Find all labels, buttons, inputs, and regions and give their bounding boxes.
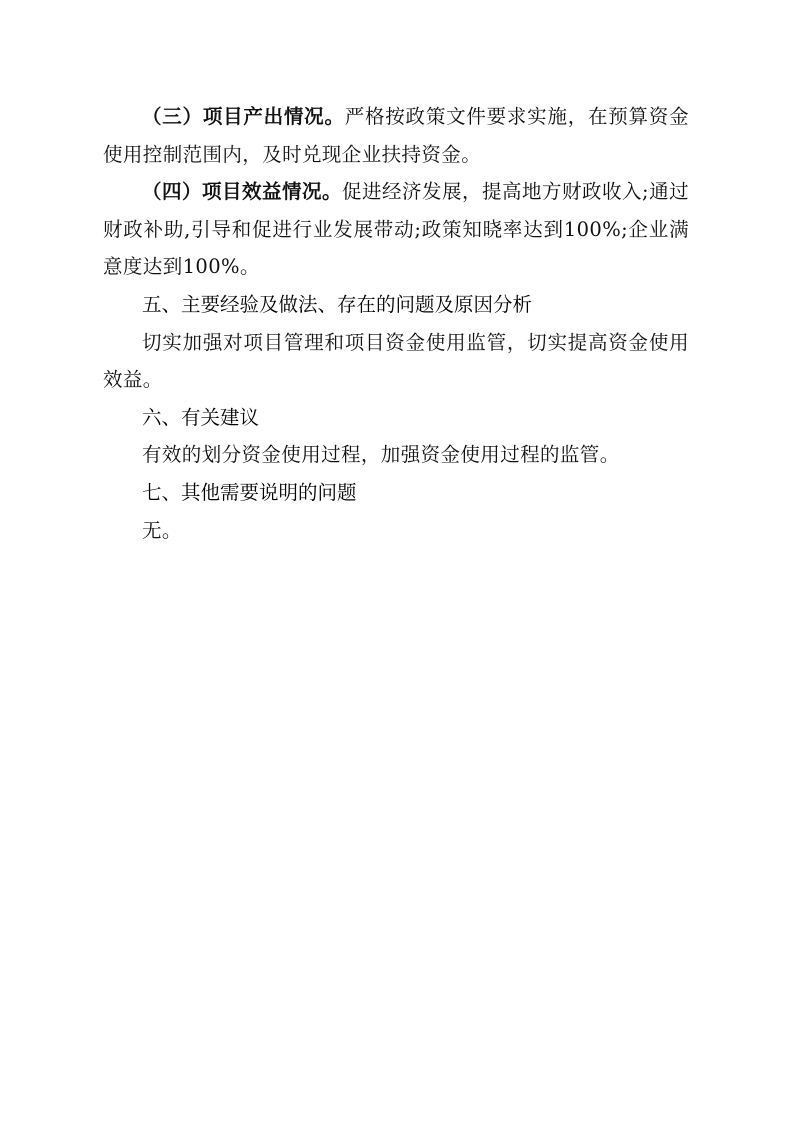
section-heading-experience: 五、主要经验及做法、存在的问题及原因分析	[103, 286, 689, 324]
paragraph-project-benefit: （四）项目效益情况。促进经济发展，提高地方财政收入;通过财政补助,引导和促进行业…	[103, 173, 689, 286]
paragraph-lead: （四）项目效益情况。	[142, 180, 342, 203]
paragraph-other: 无。	[103, 512, 689, 550]
document-page: （三）项目产出情况。严格按政策文件要求实施，在预算资金使用控制范围内，及时兑现企…	[103, 98, 689, 549]
paragraph-lead: （三）项目产出情况。	[142, 105, 345, 128]
paragraph-experience: 切实加强对项目管理和项目资金使用监管，切实提高资金使用效益。	[103, 324, 689, 399]
paragraph-suggestions: 有效的划分资金使用过程，加强资金使用过程的监管。	[103, 436, 689, 474]
section-heading-suggestions: 六、有关建议	[103, 399, 689, 437]
paragraph-project-output: （三）项目产出情况。严格按政策文件要求实施，在预算资金使用控制范围内，及时兑现企…	[103, 98, 689, 173]
section-heading-other: 七、其他需要说明的问题	[103, 474, 689, 512]
